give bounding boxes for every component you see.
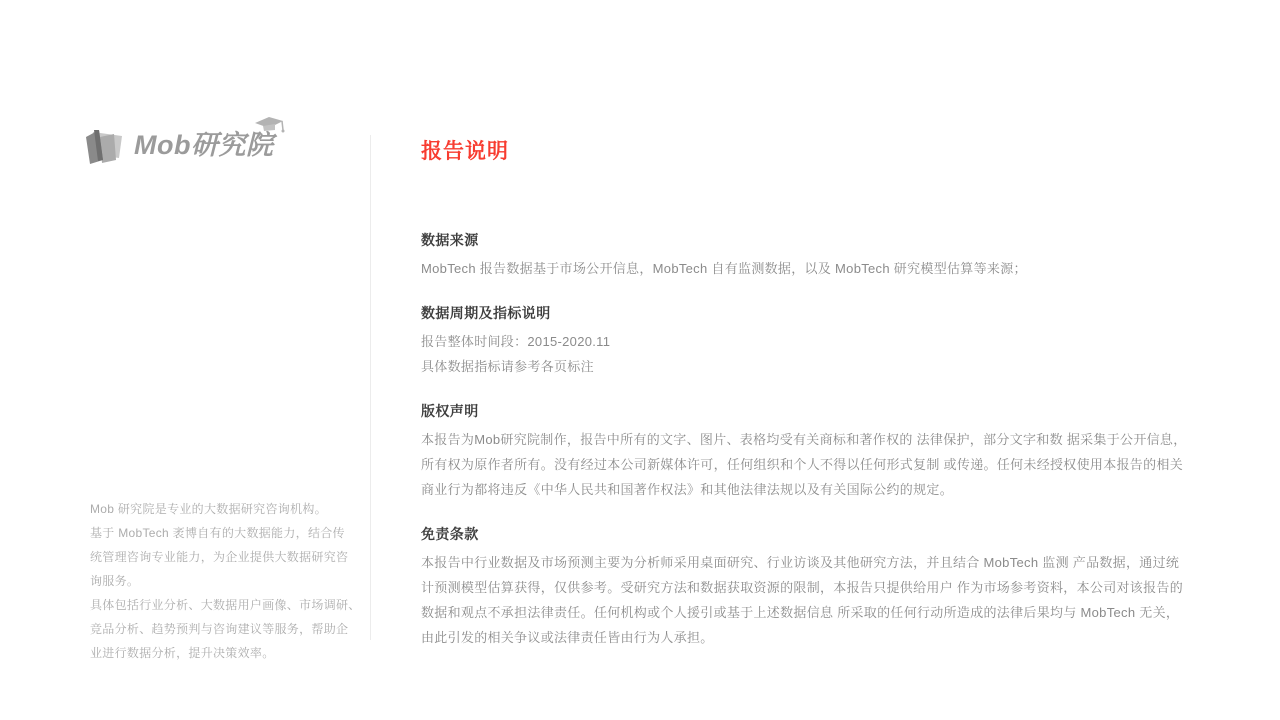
section-text-line: 本报告中行业数据及市场预测主要为分析师采用桌面研究、行业访谈及其他研究方法，并且…: [421, 550, 1211, 575]
section-text-line: MobTech 报告数据基于市场公开信息，MobTech 自有监测数据，以及 M…: [421, 256, 1211, 281]
page-title: 报告说明: [421, 140, 1211, 164]
section-heading: 数据来源: [421, 230, 1211, 250]
about-text-line: 统管理咨询专业能力，为企业提供大数据研究咨: [90, 545, 352, 569]
about-text-line: 基于 MobTech 袤博自有的大数据能力，结合传: [90, 521, 352, 545]
section-text-line: 所有权为原作者所有。没有经过本公司新媒体许可，任何组织和个人不得以任何形式复制 …: [421, 452, 1211, 477]
building-icon: [80, 124, 126, 166]
section-text-line: 商业行为都将违反《中华人民共和国著作权法》和其他法律法规以及有关国际公约的规定。: [421, 477, 1211, 502]
about-text-line: 具体包括行业分析、大数据用户画像、市场调研、: [90, 593, 352, 617]
graduation-cap-icon: [253, 115, 287, 137]
about-text-line: 业进行数据分析，提升决策效率。: [90, 641, 352, 665]
section-data-source: 数据来源 MobTech 报告数据基于市场公开信息，MobTech 自有监测数据…: [421, 230, 1211, 281]
about-text-line: 竞品分析、趋势预判与咨询建议等服务，帮助企: [90, 617, 352, 641]
section-copyright: 版权声明 本报告为Mob研究院制作，报告中所有的文字、图片、表格均受有关商标和著…: [421, 401, 1211, 502]
report-notes-content: 报告说明 数据来源 MobTech 报告数据基于市场公开信息，MobTech 自…: [421, 140, 1211, 672]
section-text-line: 由此引发的相关争议或法律责任皆由行为人承担。: [421, 625, 1211, 650]
about-text-line: 询服务。: [90, 569, 352, 593]
sidebar-about-text: Mob 研究院是专业的大数据研究咨询机构。 基于 MobTech 袤博自有的大数…: [90, 497, 352, 665]
about-text-line: Mob 研究院是专业的大数据研究咨询机构。: [90, 497, 352, 521]
report-disclaimer-page: Mob研究院 Mob 研究院是专业的大数据研究咨询机构。 基于 MobTech …: [0, 0, 1280, 720]
vertical-divider: [370, 135, 371, 640]
section-text-line: 计预测模型估算获得，仅供参考。受研究方法和数据获取资源的限制，本报告只提供给用户…: [421, 575, 1211, 600]
section-text-line: 报告整体时间段：2015-2020.11: [421, 329, 1211, 354]
section-text-line: 具体数据指标请参考各页标注: [421, 354, 1211, 379]
mob-research-logo: Mob研究院: [80, 123, 273, 167]
section-text-line: 数据和观点不承担法律责任。任何机构或个人援引或基于上述数据信息 所采取的任何行动…: [421, 600, 1211, 625]
section-heading: 数据周期及指标说明: [421, 303, 1211, 323]
section-heading: 版权声明: [421, 401, 1211, 421]
section-heading: 免责条款: [421, 524, 1211, 544]
section-data-period: 数据周期及指标说明 报告整体时间段：2015-2020.11 具体数据指标请参考…: [421, 303, 1211, 379]
section-text-line: 本报告为Mob研究院制作，报告中所有的文字、图片、表格均受有关商标和著作权的 法…: [421, 427, 1211, 452]
section-disclaimer: 免责条款 本报告中行业数据及市场预测主要为分析师采用桌面研究、行业访谈及其他研究…: [421, 524, 1211, 650]
logo-text-wrap: Mob研究院: [134, 124, 273, 166]
